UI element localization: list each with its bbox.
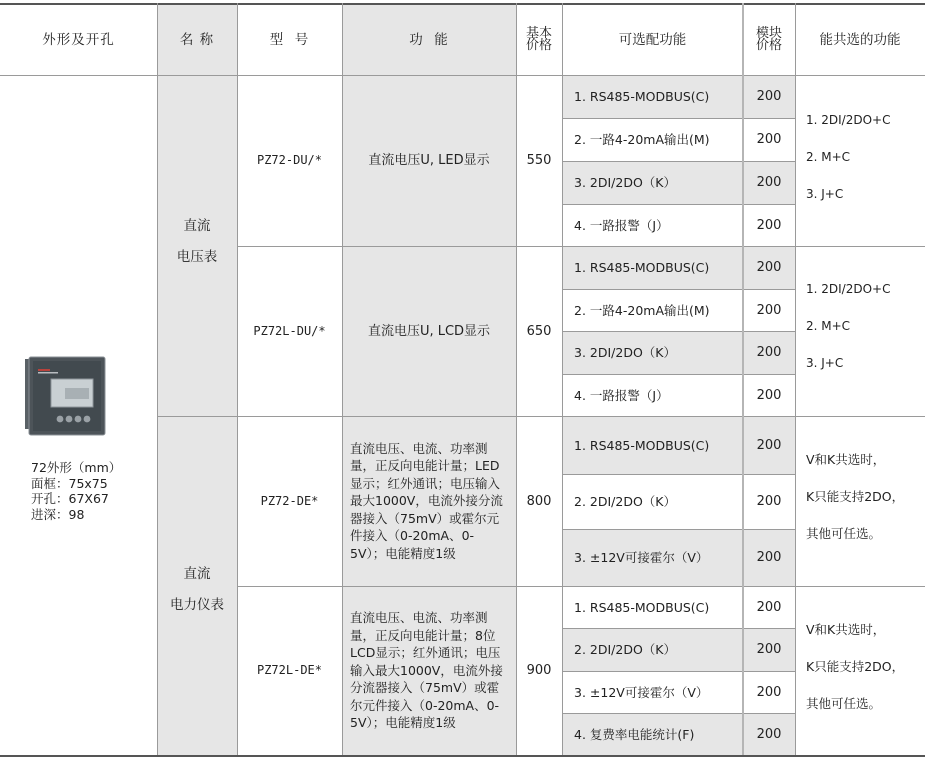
- option-label: 3. 2DI/2DO（K）: [562, 331, 743, 374]
- option-price: 200: [743, 161, 795, 204]
- product-base-price: 650: [516, 246, 562, 416]
- option-label: 4. 复费率电能统计(F): [562, 713, 743, 755]
- option-price: 200: [743, 204, 795, 246]
- product-base-price: 900: [516, 586, 562, 755]
- panel-meter-image: [23, 355, 107, 439]
- combo-item: 2. M+C: [806, 308, 850, 345]
- group-name-line: 电压表: [177, 242, 218, 273]
- header-shape: 外形及开孔: [0, 5, 157, 75]
- option-label: 1. RS485-MODBUS(C): [562, 586, 743, 628]
- combo-item: V和K共选时，: [806, 611, 885, 648]
- combo-item: K只能支持2DO，: [806, 478, 904, 515]
- product-function: 直流电压U, LCD显示: [342, 246, 516, 416]
- product-base-price: 800: [516, 416, 562, 586]
- option-price: 200: [743, 75, 795, 118]
- option-label: 3. 2DI/2DO（K）: [562, 161, 743, 204]
- shape-line: 72外形（mm）: [31, 460, 121, 476]
- product-function: 直流电压、电流、功率测量，正反向电能计量；8位LCD显示；红外通讯；电压输入最大…: [342, 586, 516, 755]
- group-name-line: 电力仪表: [170, 590, 224, 621]
- combo-item: 其他可任选。: [806, 685, 881, 722]
- product-model: PZ72L-DE*: [237, 586, 342, 755]
- option-label: 1. RS485-MODBUS(C): [562, 75, 743, 118]
- combo-item: 2. M+C: [806, 139, 850, 176]
- option-price: 200: [743, 416, 795, 474]
- combinable-list: 1. 2DI/2DO+C 2. M+C 3. J+C: [795, 75, 925, 240]
- shape-dimensions: 72外形（mm） 面框：75x75 开孔：67X67 进深：98: [31, 460, 121, 522]
- option-price: 200: [743, 628, 795, 671]
- combinable-note: V和K共选时， K只能支持2DO， 其他可任选。: [795, 416, 925, 576]
- product-base-price: 550: [516, 75, 562, 246]
- option-label: 2. 2DI/2DO（K）: [562, 628, 743, 671]
- shape-line: 进深：98: [31, 507, 121, 523]
- option-label: 2. 2DI/2DO（K）: [562, 474, 743, 529]
- header-base-price-line2: 价格: [526, 40, 552, 52]
- option-label: 3. ±12V可接霍尔（V）: [562, 529, 743, 586]
- option-label: 3. ±12V可接霍尔（V）: [562, 671, 743, 713]
- combo-item: V和K共选时，: [806, 441, 885, 478]
- column-divider: [157, 3, 158, 755]
- group-name-dc-power-meter: 直流 电力仪表: [157, 558, 237, 622]
- option-price: 200: [743, 474, 795, 529]
- header-module-price-line2: 价格: [756, 40, 782, 52]
- header-optional: 可选配功能: [562, 5, 743, 75]
- name-column-bg: [157, 3, 237, 755]
- product-function: 直流电压、电流、功率测量，正反向电能计量；LED显示；红外通讯；电压输入最大10…: [342, 416, 516, 586]
- option-price: 200: [743, 671, 795, 713]
- combo-item: 其他可任选。: [806, 515, 881, 552]
- option-label: 2. 一路4-20mA输出(M): [562, 118, 743, 161]
- header-name: 名 称: [157, 5, 237, 75]
- combo-item: 3. J+C: [806, 176, 843, 213]
- combo-item: 1. 2DI/2DO+C: [806, 271, 890, 308]
- header-base-price: 基本 价格: [516, 5, 562, 75]
- option-price: 200: [743, 118, 795, 161]
- option-label: 2. 一路4-20mA输出(M): [562, 289, 743, 331]
- option-price: 200: [743, 529, 795, 586]
- product-function: 直流电压U, LED显示: [342, 75, 516, 246]
- option-price: 200: [743, 713, 795, 755]
- combinable-list: 1. 2DI/2DO+C 2. M+C 3. J+C: [795, 246, 925, 406]
- shape-line: 开孔：67X67: [31, 491, 121, 507]
- header-function: 功 能: [342, 5, 516, 75]
- option-label: 1. RS485-MODBUS(C): [562, 246, 743, 289]
- combo-item: K只能支持2DO，: [806, 648, 904, 685]
- combo-item: 3. J+C: [806, 345, 843, 382]
- product-model: PZ72-DE*: [237, 416, 342, 586]
- option-price: 200: [743, 374, 795, 416]
- option-label: 1. RS485-MODBUS(C): [562, 416, 743, 474]
- header-module-price: 模块 价格: [743, 5, 795, 75]
- option-price: 200: [743, 586, 795, 628]
- shape-line: 面框：75x75: [31, 476, 121, 492]
- option-label: 4. 一路报警（J）: [562, 374, 743, 416]
- group-name-dc-voltmeter: 直流 电压表: [157, 210, 237, 274]
- header-combinable: 能共选的功能: [795, 5, 925, 75]
- option-price: 200: [743, 331, 795, 374]
- combinable-note: V和K共选时， K只能支持2DO， 其他可任选。: [795, 586, 925, 746]
- option-price: 200: [743, 289, 795, 331]
- group-name-line: 直流: [184, 559, 211, 590]
- product-price-table: 外形及开孔 名 称 型 号 功 能 基本 价格 可选配功能 模块 价格 能共选的…: [0, 0, 925, 759]
- product-model: PZ72L-DU/*: [237, 246, 342, 416]
- option-price: 200: [743, 246, 795, 289]
- option-label: 4. 一路报警（J）: [562, 204, 743, 246]
- header-model: 型 号: [237, 5, 342, 75]
- group-name-line: 直流: [184, 211, 211, 242]
- product-model: PZ72-DU/*: [237, 75, 342, 246]
- combo-item: 1. 2DI/2DO+C: [806, 102, 890, 139]
- table-bottom-border: [0, 755, 925, 757]
